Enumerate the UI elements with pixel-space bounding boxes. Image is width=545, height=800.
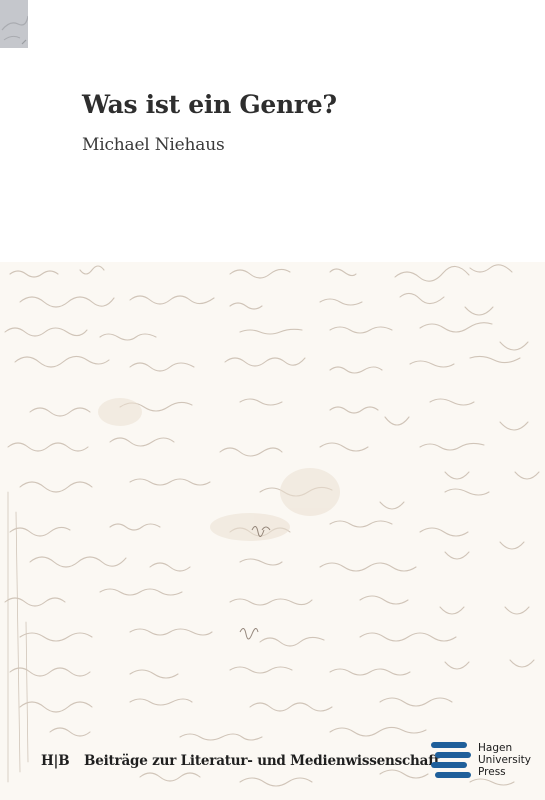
publisher-line-1: Hagen [478, 742, 531, 754]
manuscript-cover-art [0, 262, 545, 800]
handwriting-texture-icon [0, 262, 545, 800]
publisher-logo: Hagen University Press [431, 742, 531, 779]
series-mark: H|B [41, 753, 69, 769]
publisher-name: Hagen University Press [478, 742, 531, 778]
publisher-line-2: University [478, 754, 531, 766]
publisher-line-3: Press [478, 766, 531, 778]
series-label: H|B Beiträge zur Literatur- und Medienwi… [41, 753, 440, 769]
book-author: Michael Niehaus [82, 135, 224, 155]
book-title: Was ist ein Genre? [82, 90, 337, 119]
series-name: Beiträge zur Literatur- und Medienwissen… [84, 753, 440, 769]
stacked-bars-logo-icon [431, 742, 471, 779]
thumbnail-scribble-icon [0, 0, 28, 48]
cover-thumbnail [0, 0, 28, 48]
